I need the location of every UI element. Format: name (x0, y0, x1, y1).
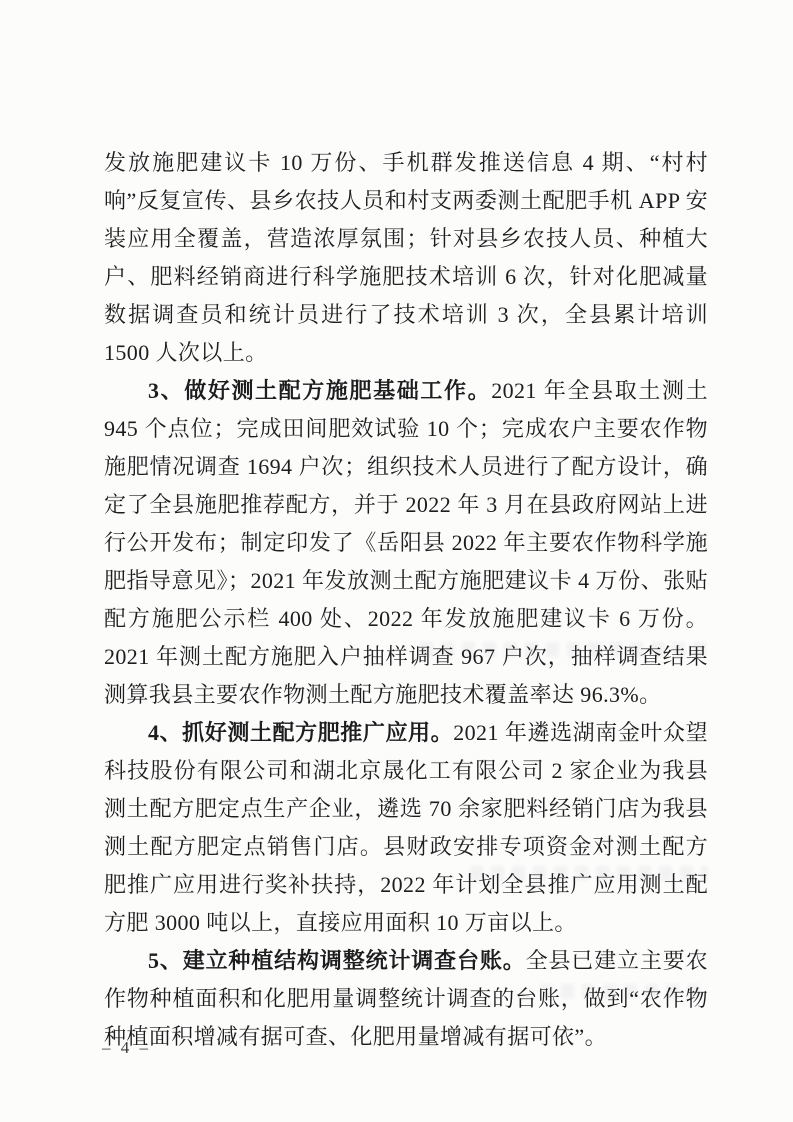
paragraph-section-4: 4、抓好测土配方肥推广应用。2021 年遴选湖南金叶众望科技股份有限公司和湖北京… (104, 714, 708, 942)
scanned-document-page: 发放施肥建议卡 10 万份、手机群发推送信息 4 期、“村村响”反复宣传、县乡农… (0, 0, 793, 1122)
paragraph-section-3: 3、做好测土配方施肥基础工作。2021 年全县取土测土 945 个点位；完成田间… (104, 372, 708, 714)
section-5-heading: 5、建立种植结构调整统计调查台账。 (148, 948, 526, 973)
document-body: 发放施肥建议卡 10 万份、手机群发推送信息 4 期、“村村响”反复宣传、县乡农… (104, 144, 708, 1056)
section-3-text: 2021 年全县取土测土 945 个点位；完成田间肥效试验 10 个；完成农户主… (104, 378, 708, 707)
section-4-heading: 4、抓好测土配方肥推广应用。 (148, 720, 453, 745)
paragraph-section-5: 5、建立种植结构调整统计调查台账。全县已建立主要农作物种植面积和化肥用量调整统计… (104, 942, 708, 1056)
page-number: – 4 – (102, 1038, 151, 1058)
section-3-heading: 3、做好测土配方施肥基础工作。 (148, 378, 491, 403)
section-4-text: 2021 年遴选湖南金叶众望科技股份有限公司和湖北京晟化工有限公司 2 家企业为… (104, 720, 708, 935)
paragraph-continuation-text: 发放施肥建议卡 10 万份、手机群发推送信息 4 期、“村村响”反复宣传、县乡农… (104, 150, 708, 365)
paragraph-continuation: 发放施肥建议卡 10 万份、手机群发推送信息 4 期、“村村响”反复宣传、县乡农… (104, 144, 708, 372)
